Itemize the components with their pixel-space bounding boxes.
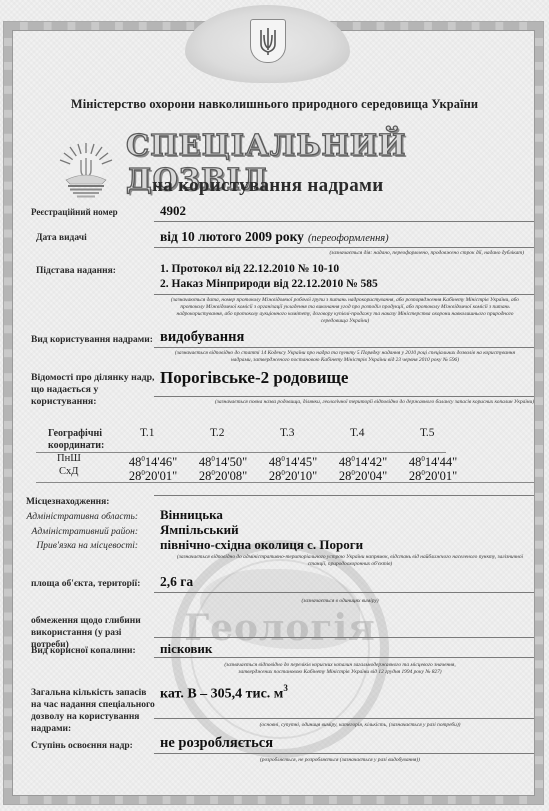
longitude-value: 28020'08" — [188, 466, 258, 483]
divider — [154, 396, 534, 397]
coordinate-point-header: Т.2 — [210, 427, 225, 439]
divider — [154, 637, 534, 638]
permit-sheet: Міністерство охорони навколишнього приро… — [0, 0, 549, 811]
area-label: площа об'єкта, території: — [31, 578, 140, 590]
coordinate-point-header: Т.3 — [280, 427, 295, 439]
state-crest — [185, 5, 350, 83]
reserves-label: Загальна кількість запасів на час наданн… — [31, 687, 156, 735]
lat-row-label: ПнШ — [57, 453, 81, 464]
site-reference-value: північно-східна околиця с. Пороги — [160, 537, 363, 553]
registration-label: Реєстраційний номер — [31, 206, 118, 218]
development-note: (розробляється, не розробляється (зазнач… — [230, 757, 450, 764]
location-label: Місцезнаходження: — [26, 496, 109, 508]
coordinates-label: Географічні координати: — [48, 428, 108, 452]
mineral-value: пісковик — [160, 641, 212, 657]
divider — [154, 718, 534, 719]
district-label: Адміністративний район: — [20, 526, 138, 538]
region-label: Адміністративна область: — [20, 511, 138, 523]
coordinate-point-header: Т.4 — [350, 427, 365, 439]
longitude-value: 28020'01" — [118, 466, 188, 483]
ministry-name: Міністерство охорони навколишнього приро… — [0, 97, 549, 112]
use-type-note: (зазначається відповідно до статті 14 Ко… — [165, 350, 525, 364]
lon-row-label: СхД — [59, 466, 78, 477]
divider — [154, 221, 534, 222]
location-note: (зазначається відповідно до адміністрати… — [170, 554, 530, 568]
divider — [36, 452, 446, 453]
divider — [154, 753, 534, 754]
use-type-label: Вид користування надрами: — [31, 334, 153, 346]
site-label: Відомості про ділянку надр, що надається… — [31, 372, 156, 408]
reserves-note: (основні, супутні, одиниця виміру, катег… — [210, 722, 510, 729]
reserves-value: кат. В – 305,4 тис. м — [160, 686, 283, 701]
issue-date-label: Дата видачі — [36, 232, 87, 244]
longitude-value: 28020'10" — [258, 466, 328, 483]
longitude-value: 28020'04" — [328, 466, 398, 483]
site-value: Порогівське-2 родовище — [160, 368, 348, 388]
divider — [154, 657, 534, 658]
issue-date-value: від 10 лютого 2009 року — [160, 229, 304, 244]
reserves: кат. В – 305,4 тис. м3 — [160, 683, 288, 702]
site-reference-label: Прив'язка на місцевості: — [20, 540, 138, 552]
site-note: (зазначається повна назва родовища, діля… — [154, 399, 534, 406]
registration-number: 4902 — [160, 203, 186, 219]
basis-note: (зазначаються дата, номер протоколу Міжв… — [170, 297, 520, 325]
reserves-unit-sup: 3 — [283, 683, 288, 693]
issue-date-qualifier: (переоформлення) — [308, 233, 389, 244]
divider — [154, 247, 534, 248]
development-value: не розробляється — [160, 735, 273, 752]
geology-emblem-icon — [56, 140, 116, 202]
divider — [154, 592, 534, 593]
use-type-value: видобування — [160, 329, 244, 346]
development-label: Ступінь освоєння надр: — [31, 740, 133, 752]
divider — [154, 495, 534, 496]
mineral-note: (зазначається відповідно до переліків ко… — [210, 662, 470, 676]
divider — [36, 482, 534, 483]
coordinate-point-header: Т.1 — [140, 427, 155, 439]
trident-icon — [250, 19, 286, 63]
longitude-value: 28020'01" — [398, 466, 468, 483]
basis-item-2: 2. Наказ Мінприроди від 22.12.2010 № 585 — [160, 277, 378, 292]
divider — [154, 294, 534, 295]
issue-date: від 10 лютого 2009 року (переоформлення) — [160, 228, 389, 246]
mineral-label: Вид корисної копалини: — [31, 645, 136, 657]
divider — [154, 347, 534, 348]
area-note: (зазначається в одиницях виміру) — [280, 598, 400, 605]
coordinate-point-header: Т.5 — [420, 427, 435, 439]
area-value: 2,6 га — [160, 574, 193, 590]
basis-label: Підстава надання: — [36, 265, 116, 277]
district-value: Ямпільський — [160, 522, 239, 538]
document-subtitle: на користування надрами — [152, 175, 384, 197]
region-value: Вінницька — [160, 507, 223, 523]
basis-item-1: 1. Протокол від 22.12.2010 № 10-10 — [160, 262, 339, 277]
issue-date-note: (зазначається дія: надано, переоформлено… — [154, 250, 534, 257]
